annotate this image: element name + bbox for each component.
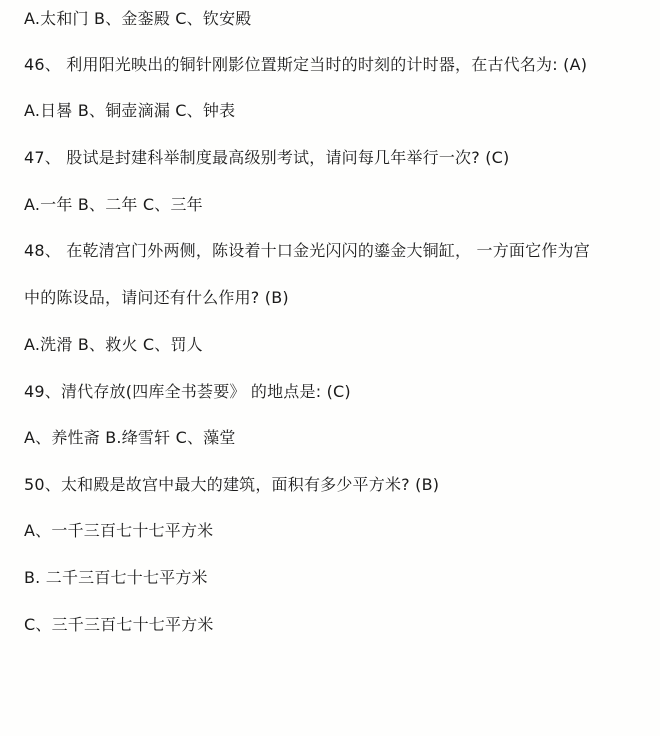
- q50-option-b: B. 二千三百七十七平方米: [24, 568, 208, 588]
- q45-options: A.太和门 B、金銮殿 C、钦安殿: [24, 9, 251, 29]
- q48-question: 48、 在乾清宫门外两侧，陈设着十口金光闪闪的鎏金大铜缸， 一方面它作为宫: [24, 241, 590, 261]
- q46-options: A.日晷 B、铜壶滴漏 C、钟表: [24, 101, 235, 121]
- q49-question: 49、清代存放(四库全书荟要》 的地点是: (C): [24, 382, 351, 402]
- q47-options: A.一年 B、二年 C、三年: [24, 195, 203, 215]
- q50-option-a: A、一千三百七十七平方米: [24, 521, 213, 541]
- q48-question-cont: 中的陈设品，请问还有什么作用? (B): [24, 288, 289, 308]
- q48-options: A.洗滑 B、救火 C、罚人: [24, 335, 203, 355]
- q49-options: A、养性斋 B.绛雪轩 C、藻堂: [24, 428, 236, 448]
- q47-question: 47、 股试是封建科举制度最高级别考试，请问每几年举行一次? (C): [24, 148, 509, 168]
- q50-question: 50、太和殿是故宫中最大的建筑，面积有多少平方米? (B): [24, 475, 439, 495]
- q46-question: 46、 利用阳光映出的铜针刚影位置斯定当时的时刻的计时器，在古代名为: (A): [24, 55, 587, 75]
- q50-option-c: C、三千三百七十七平方米: [24, 615, 214, 635]
